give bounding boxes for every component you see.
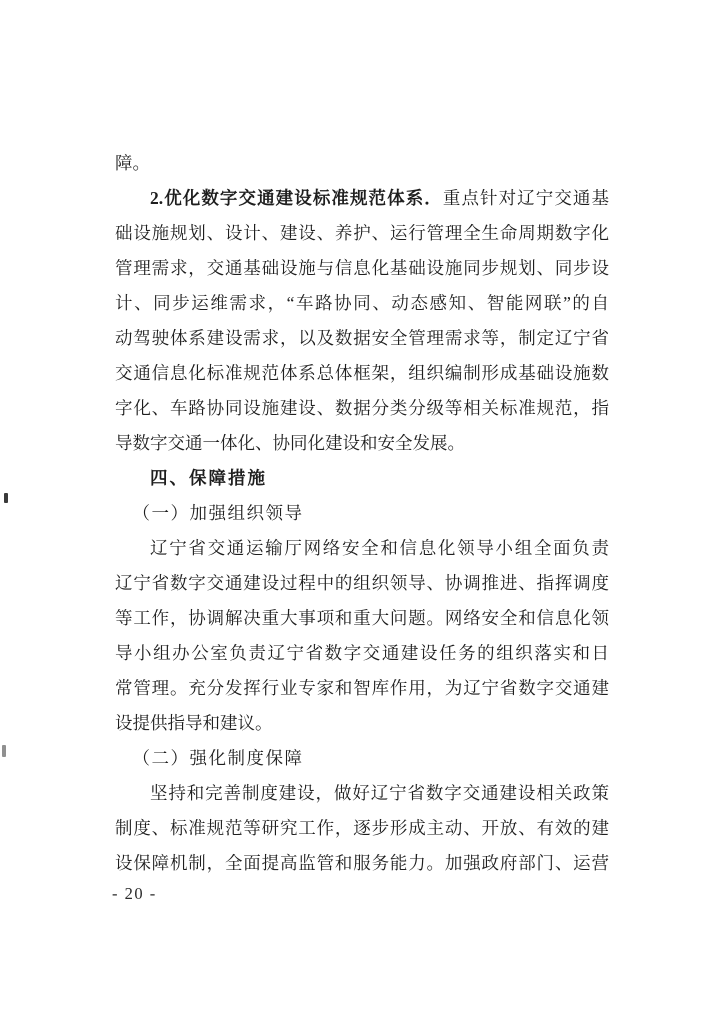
body-line: 辽宁省数字交通建设过程中的组织领导、协调推进、指挥调度 [115,566,609,601]
paragraph-continuation-line: 障。 [115,146,609,181]
task2-body-start-text: 重点针对辽宁交通基 [443,188,609,208]
subsection-heading-2: （二）强化制度保障 [115,741,609,776]
body-line: 常管理。充分发挥行业专家和智库作用，为辽宁省数字交通建 [115,671,609,706]
body-line: 管理需求，交通基础设施与信息化基础设施同步规划、同步设 [115,251,609,286]
paragraph-first-line: 辽宁省交通运输厅网络安全和信息化领导小组全面负责 [115,531,609,566]
body-line: 字化、车路协同设施建设、数据分类分级等相关标准规范，指 [115,391,609,426]
scan-artifact-mark [2,745,6,757]
subsection-heading-1: （一）加强组织领导 [115,496,609,531]
body-line: 设保障机制，全面提高监管和服务能力。加强政府部门、运营 [115,846,609,881]
document-text-block: 障。 2.优化数字交通建设标准规范体系．重点针对辽宁交通基 础设施规划、设计、建… [115,146,609,881]
paragraph-first-line: 坚持和完善制度建设，做好辽宁省数字交通建设相关政策 [115,776,609,811]
scanned-document-page: 障。 2.优化数字交通建设标准规范体系．重点针对辽宁交通基 础设施规划、设计、建… [0,0,718,1022]
body-line: 制度、标准规范等研究工作，逐步形成主动、开放、有效的建 [115,811,609,846]
task2-paragraph-first-line: 2.优化数字交通建设标准规范体系．重点针对辽宁交通基 [115,181,609,216]
paragraph-last-line: 设提供指导和建议。 [115,706,609,741]
body-line: 计、同步运维需求，“车路协同、动态感知、智能网联”的自 [115,286,609,321]
body-line: 交通信息化标准规范体系总体框架，组织编制形成基础设施数 [115,356,609,391]
body-line: 动驾驶体系建设需求，以及数据安全管理需求等，制定辽宁省 [115,321,609,356]
body-line: 等工作，协调解决重大事项和重大问题。网络安全和信息化领 [115,601,609,636]
task2-heading-bold-text: 2.优化数字交通建设标准规范体系． [150,188,443,208]
page-number: - 20 - [112,884,157,904]
body-line: 础设施规划、设计、建设、养护、运行管理全生命周期数字化 [115,216,609,251]
scan-artifact-mark [4,493,8,503]
section-heading: 四、保障措施 [115,461,609,496]
paragraph-last-line: 导数字交通一体化、协同化建设和安全发展。 [115,426,609,461]
body-line: 导小组办公室负责辽宁省数字交通建设任务的组织落实和日 [115,636,609,671]
